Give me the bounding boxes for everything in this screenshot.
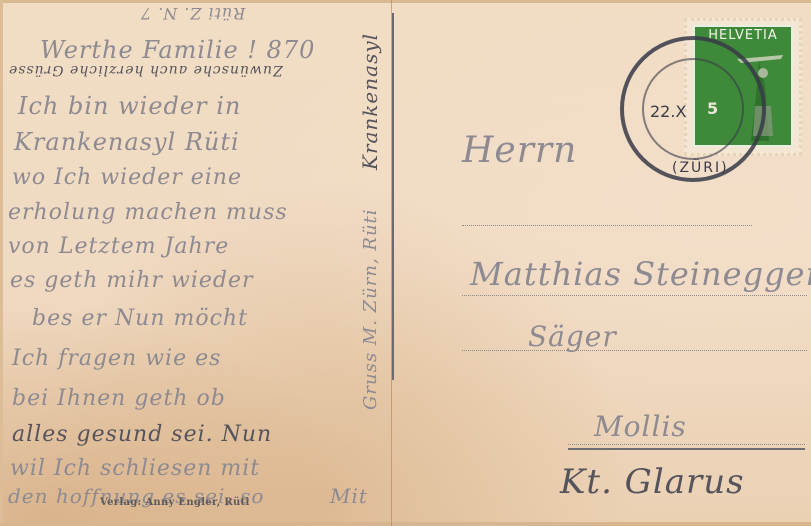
address-name: Matthias Steinegger [470, 255, 811, 293]
address-town: Mollis [594, 410, 687, 443]
message-line: von Letztem Jahre [8, 234, 229, 259]
message-line: wil Ich schliesen mit [10, 456, 260, 481]
message-line: erholung machen muss [8, 200, 288, 225]
address-occupation: Säger [528, 320, 617, 353]
message-line: bei Ihnen geth ob [12, 386, 226, 411]
message-line: Ich bin wieder in [18, 92, 241, 120]
postcard: Rüti Z. N. 7 Werthe Familie ! 870 Zuwüns… [0, 0, 811, 526]
message-line: wo Ich wieder eine [12, 165, 242, 190]
message-line: bes er Nun möcht [32, 306, 248, 331]
address-line-1 [462, 225, 752, 226]
center-divider-line [392, 13, 394, 380]
paper-edge-bottom [0, 522, 811, 526]
message-line: Krankenasyl Rüti [14, 128, 240, 156]
address-line-3 [462, 350, 807, 351]
paper-edge-left [0, 0, 3, 526]
postmark-place: (ZÜRI) [672, 160, 729, 176]
message-vertical-text: Krankenasyl [358, 33, 382, 170]
message-line: alles gesund sei. Nun [12, 422, 272, 447]
address-line-4 [568, 444, 805, 445]
message-upside-down-line: Zuwünsche auch herzliche Grüsse [8, 62, 283, 78]
message-closing: Mit [330, 484, 368, 508]
address-salutation: Herrn [462, 130, 577, 171]
address-line-2 [462, 295, 807, 296]
publisher-imprint: Verlag: Anny Engler, Rüti [100, 497, 250, 508]
message-line: es geth mihr wieder [10, 268, 254, 293]
message-salutation: Werthe Familie ! 870 [40, 36, 315, 64]
address-canton: Kt. Glarus [560, 462, 745, 502]
postmark-date: 22.X [650, 102, 686, 121]
address-underline [568, 448, 805, 450]
message-line: Ich fragen wie es [12, 346, 221, 371]
paper-edge-top [0, 0, 811, 3]
message-vertical-signature: Gruss M. Zürn, Rüti [360, 208, 381, 410]
message-top-upside-down: Rüti Z. N. 7 [140, 4, 245, 23]
